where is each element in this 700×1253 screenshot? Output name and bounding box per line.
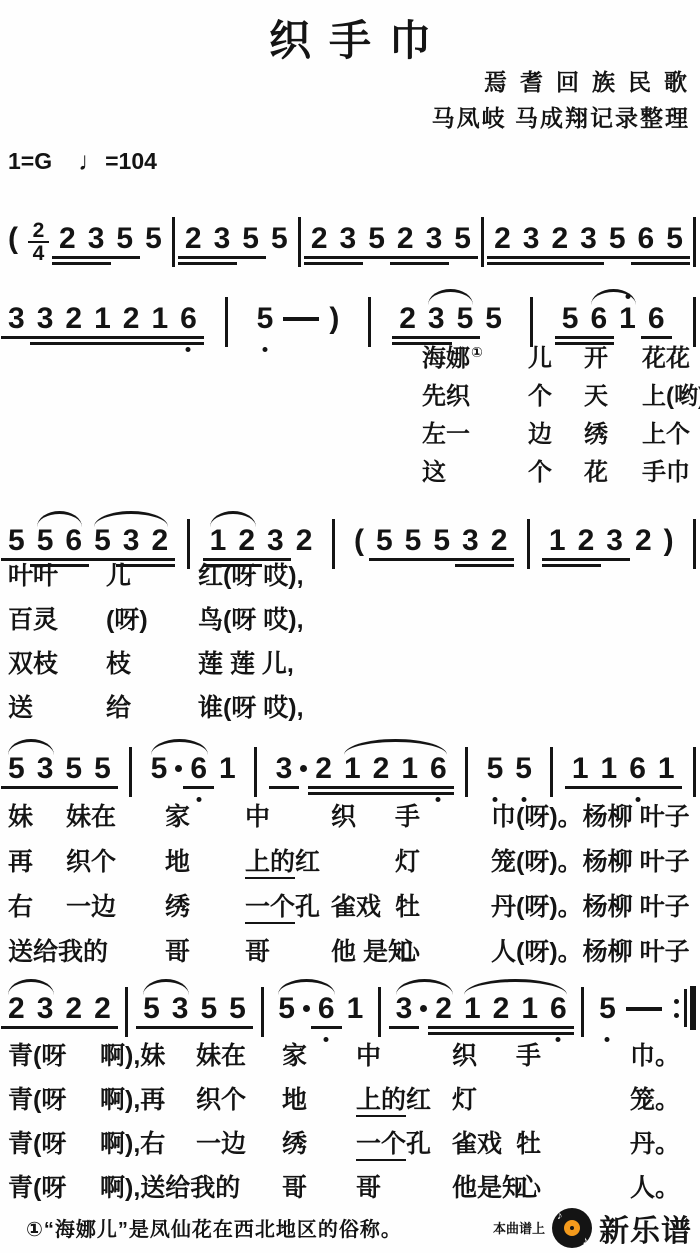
music-note: 3 [338, 224, 359, 254]
slur-arc [396, 979, 453, 995]
lyric-cell: 灯 [452, 1080, 516, 1116]
lyric-run: (呀) [106, 606, 148, 634]
barline [298, 217, 301, 267]
lyric-run: 灯 [395, 848, 420, 876]
brand-name: 新乐谱 [599, 1206, 692, 1250]
lyric-cell: 巾。 [584, 1036, 694, 1072]
lyric-cell: 织个 [66, 842, 165, 878]
key-tempo: 1=G ♩=104 [8, 146, 157, 177]
barline [378, 987, 381, 1037]
lyric-cell: 百灵 [8, 600, 106, 636]
music-note: 1 [217, 754, 238, 784]
lyric-run: 雀戏 [331, 893, 381, 921]
music-note: 2 [63, 994, 84, 1024]
augmentation-dot [303, 1005, 310, 1012]
lyric-cell: 一个孔 [245, 887, 331, 923]
music-note: 5 [143, 224, 164, 254]
lyric-run: 手巾 [642, 459, 690, 486]
lyric-cell: 左一 [422, 414, 528, 449]
measure: 3321216 [6, 288, 199, 334]
lyric-cell: 家 [282, 1036, 356, 1072]
music-note: 2 [549, 224, 570, 254]
music-note: 3 [86, 224, 107, 254]
music-note: 1 [599, 754, 620, 784]
lyric-run: 织个 [196, 1086, 246, 1114]
music-note: 5 [149, 754, 170, 784]
music-line-3: 5565321232(555321232) [6, 484, 696, 556]
lyric-run: 心 [516, 1174, 541, 1202]
lyric-run: 地 [165, 848, 190, 876]
lyric-run: 笼(呀)。杨柳 叶子 [491, 848, 690, 876]
lyric-run: 丹(呀)。杨柳 叶子 [491, 893, 690, 921]
lyric-cell: 青(呀 [8, 1124, 100, 1160]
lyric-run: 花花 [642, 345, 690, 372]
lyric-run: 巾(呀)。杨柳 叶子 [491, 803, 690, 831]
measure: 2322 [6, 978, 113, 1024]
lyric-run: 儿 [528, 345, 552, 372]
lyric-run: 青(呀 [8, 1042, 66, 1070]
music-note: 1 [399, 754, 420, 784]
slur-arc [143, 979, 189, 995]
music-note: 1 [149, 304, 170, 334]
music-note: 2 [63, 304, 84, 334]
lyric-cell: 海娜① [422, 338, 528, 373]
lyric-run: 再 [8, 848, 33, 876]
measure: 2355 [397, 288, 504, 334]
music-note: 5 [141, 994, 162, 1024]
music-note: 2 [395, 224, 416, 254]
barline [368, 297, 371, 347]
music-note: 2 [309, 224, 330, 254]
slur-arc [94, 511, 168, 527]
lyric-run: 枝 [106, 650, 131, 678]
music-note: 2 [371, 754, 392, 784]
music-note: 1 [656, 754, 677, 784]
music-note: 2 [313, 754, 334, 784]
music-note: 3 [274, 754, 295, 784]
lyric-cell: 妹在 [196, 1036, 282, 1072]
lyric-cell: 哥 [356, 1168, 452, 1204]
lyric-run: 人。 [630, 1174, 680, 1202]
lyric-cell: 开 [584, 338, 642, 373]
lyric-run: 红 [406, 1086, 431, 1114]
lyric-run: ① [471, 344, 483, 360]
lyric-run: 哥 [282, 1174, 307, 1202]
barline [550, 747, 553, 797]
lyric-row: 这个花手巾 [422, 450, 694, 488]
lyric-run: 青(呀 [8, 1174, 66, 1202]
music-note: 6 [646, 304, 667, 334]
measure: 235235 [309, 208, 473, 254]
lyric-run: 红(呀 哎), [198, 562, 304, 590]
lyric-run: 儿 [106, 562, 131, 590]
barline [693, 747, 696, 797]
lyric-cell: 手 [516, 1036, 584, 1072]
music-note: 5 [63, 754, 84, 784]
lyrics-block-2: 叶叶儿红(呀 哎),百灵(呀)鸟(呀 哎),双枝枝莲 莲 儿,送给谁(呀 哎), [8, 552, 694, 728]
lyric-run: 开 [584, 345, 608, 372]
music-note: 3 [6, 304, 27, 334]
repeat-dot [674, 1013, 679, 1018]
music-note: 1 [345, 994, 366, 1024]
lyric-run: 上的 [356, 1086, 406, 1117]
lyric-cell: 个 [528, 376, 584, 411]
lyric-cell: 哥 [282, 1168, 356, 1204]
repeat-thin-line [684, 989, 687, 1027]
lyric-cell: 人。 [584, 1168, 694, 1204]
lyric-cell: 一个孔 [356, 1124, 452, 1160]
lyric-cell: 鸟(呀 哎), [198, 600, 694, 636]
music-note: 2 [492, 224, 513, 254]
lyric-cell: 灯 [395, 842, 491, 878]
lyric-row: 先织个天上(哟) [422, 374, 694, 412]
slur-arc [8, 739, 54, 755]
lyric-cell: 叶叶 [8, 556, 106, 592]
lyric-cell: 儿 [106, 556, 198, 592]
measure: 561 [276, 978, 365, 1024]
lyric-run: 右 [8, 893, 33, 921]
barline [481, 217, 484, 267]
lyric-run: 先织 [422, 383, 470, 410]
lyric-run: 一边 [196, 1130, 246, 1158]
lyric-run: 绣 [282, 1130, 307, 1158]
repeat-dot [674, 999, 679, 1004]
slur-arc [344, 739, 447, 755]
measure: (242355 [6, 205, 164, 255]
lyric-cell: 天 [584, 376, 642, 411]
slur-arc [464, 979, 567, 995]
music-line-1: (24235523552352352323565 [6, 182, 696, 254]
lyric-run: 手 [516, 1042, 541, 1070]
repeat-end-barline [674, 986, 696, 1030]
measure: 5355 [6, 738, 113, 784]
transcribers-label: 马凤岐 马成翔记录整理 [432, 100, 690, 136]
lyric-run: 上的 [245, 848, 295, 879]
lyric-cell: 啊),右 [100, 1124, 196, 1160]
time-signature: 24 [28, 221, 49, 264]
music-note: 5 [485, 754, 506, 784]
lyric-cell: 他是知 [452, 1168, 516, 1204]
lyric-run: 中 [356, 1042, 381, 1070]
lyric-run: 家 [282, 1042, 307, 1070]
music-note: 1 [617, 304, 638, 334]
lyric-cell: 边 [528, 414, 584, 449]
lyric-cell: 织 [331, 797, 395, 833]
music-note: 5 [513, 754, 534, 784]
lyric-run: 红 [295, 848, 320, 876]
music-note: 5 [452, 224, 473, 254]
duration-dash [626, 1007, 662, 1011]
slur-arc [591, 289, 636, 305]
lyric-row: 青(呀啊),再织个地上的红灯笼。 [8, 1076, 694, 1120]
credit-prefix: 本曲谱上 [493, 1218, 545, 1237]
music-note: 6 [178, 304, 199, 334]
lyric-cell: 啊),妹 [100, 1036, 196, 1072]
lyric-run: 妹 [8, 803, 33, 831]
lyric-row: 海娜①儿开花花 [422, 336, 694, 374]
music-note: 5 [560, 304, 581, 334]
lyric-run: 一个 [245, 893, 295, 924]
music-note: 6 [636, 224, 657, 254]
lyric-cell: 上的红 [356, 1080, 452, 1116]
barline [254, 747, 257, 797]
music-note: 1 [570, 754, 591, 784]
music-note-icon: ♪ [583, 1235, 589, 1247]
lyric-run: 莲 莲 儿, [198, 650, 294, 678]
lyric-cell: 先织 [422, 376, 528, 411]
lyric-cell: 绣 [282, 1124, 356, 1160]
measure: 321216 [394, 978, 569, 1024]
lyric-run: 牡 [516, 1130, 541, 1158]
barline [172, 217, 175, 267]
music-note: 5 [6, 754, 27, 784]
lyric-cell: 手 [395, 797, 491, 833]
music-note: 2 [121, 304, 142, 334]
music-note: 5 [366, 224, 387, 254]
lyric-row: 双枝枝莲 莲 儿, [8, 640, 694, 684]
music-note: 3 [578, 224, 599, 254]
music-note: 3 [35, 994, 56, 1024]
lyric-row: 青(呀啊),妹妹在家中织手巾。 [8, 1032, 694, 1076]
lyric-row: 妹妹在家中织手巾(呀)。杨柳 叶子 [8, 792, 694, 837]
lyric-cell: 牡 [395, 887, 491, 923]
lyric-cell: 丹(呀)。杨柳 叶子 [491, 887, 694, 923]
music-note: 6 [588, 304, 609, 334]
lyric-cell: 红(呀 哎), [198, 556, 694, 592]
low-octave-dot [186, 347, 191, 352]
lyric-cell: 再 [8, 842, 66, 878]
music-note: 2 [92, 994, 113, 1024]
parenthesis: ) [327, 304, 341, 334]
lyric-row: 再织个地上的红灯笼(呀)。杨柳 叶子 [8, 837, 694, 882]
lyric-cell: 青(呀 [8, 1168, 100, 1204]
lyric-cell: 地 [282, 1080, 356, 1116]
barline [125, 987, 128, 1037]
barline [261, 987, 264, 1037]
repeat-thick-line [690, 986, 696, 1030]
music-note: 2 [57, 224, 78, 254]
lyric-run: 笼。 [630, 1086, 680, 1114]
lyric-run: 织 [331, 803, 356, 831]
lyric-cell: 织个 [196, 1080, 282, 1116]
slur-arc [278, 979, 335, 995]
lyric-run: 双枝 [8, 650, 58, 678]
time-signature-denominator: 4 [33, 244, 45, 263]
record-label-core [564, 1220, 580, 1236]
lyric-row: 左一边绣上个 [422, 412, 694, 450]
attribution: 焉耆回族民歌 马凤岐 马成翔记录整理 [432, 64, 690, 136]
lyrics-block-4: 青(呀啊),妹妹在家中织手巾。青(呀啊),再织个地上的红灯笼。青(呀啊),右一边… [8, 1032, 694, 1208]
measure: 321216 [274, 738, 449, 784]
music-note: 6 [188, 754, 209, 784]
origin-label: 焉耆回族民歌 [432, 64, 700, 100]
measure: (55532 [352, 510, 509, 556]
lyrics-block-3: 妹妹在家中织手巾(呀)。杨柳 叶子再织个地上的红灯笼(呀)。杨柳 叶子右一边绣一… [8, 792, 694, 972]
measure: 5355 [141, 978, 248, 1024]
lyric-cell: 织 [452, 1036, 516, 1072]
barline [693, 217, 696, 267]
music-note: 3 [35, 754, 56, 784]
lyric-run: 丹。 [630, 1130, 680, 1158]
lyric-cell: 手巾 [642, 452, 694, 487]
parenthesis: ( [6, 224, 20, 254]
lyric-row: 青(呀啊),右一边绣一个孔雀戏牡丹。 [8, 1120, 694, 1164]
lyric-cell: 啊),送给我的 [100, 1168, 196, 1204]
music-note: 3 [35, 304, 56, 334]
lyric-run: 青(呀 [8, 1086, 66, 1114]
quarter-note-icon: ♩ [78, 146, 104, 177]
music-note: 5 [92, 754, 113, 784]
lyric-run: 孔 [406, 1130, 431, 1158]
lyric-cell: 一边 [196, 1124, 282, 1160]
lyric-cell: 个 [528, 452, 584, 487]
duration-dash [283, 317, 319, 321]
lyric-run: 家 [165, 803, 190, 831]
slur-arc [37, 511, 82, 527]
music-note: 6 [548, 994, 569, 1024]
lyric-row: 叶叶儿红(呀 哎), [8, 552, 694, 596]
barline [581, 987, 584, 1037]
lyric-run: 左一 [422, 421, 470, 448]
lyric-run: 孔 [295, 893, 320, 921]
slur-arc [8, 979, 54, 995]
lyric-cell: 中 [245, 797, 331, 833]
lyric-run: 牡 [395, 893, 420, 921]
music-note: 2 [183, 224, 204, 254]
measure: 5616 [560, 288, 667, 334]
lyric-run: 地 [282, 1086, 307, 1114]
lyric-run: 上(哟) [642, 383, 700, 410]
lyric-run: 啊),再 [100, 1086, 165, 1114]
measure: 2355 [183, 208, 290, 254]
sheet-music-page: 织手巾 焉耆回族民歌 马凤岐 马成翔记录整理 1=G ♩=104 (242355… [0, 0, 700, 1253]
music-note: 5 [597, 994, 618, 1024]
lyric-cell: 花 [584, 452, 642, 487]
lyric-cell: 上(哟) [642, 376, 700, 411]
lyric-cell: 莲 莲 儿, [198, 644, 694, 680]
music-note: 1 [342, 754, 363, 784]
music-note: 6 [316, 994, 337, 1024]
lyric-run: 个 [528, 459, 552, 486]
lyric-run: 灯 [452, 1086, 477, 1114]
music-note-icon: ♪ [557, 1210, 563, 1222]
music-note: 5 [198, 994, 219, 1024]
lyric-run: 叶叶 [8, 562, 58, 590]
lyric-cell: 啊),再 [100, 1080, 196, 1116]
song-title: 织手巾 [0, 8, 700, 68]
lyric-cell: 一边 [66, 887, 165, 923]
lyric-cell: 绣 [165, 887, 245, 923]
lyric-run: 边 [528, 421, 552, 448]
music-note: 3 [394, 994, 415, 1024]
lyric-cell: (呀) [106, 600, 198, 636]
music-note: 1 [462, 994, 483, 1024]
music-note: 5 [269, 224, 290, 254]
music-note: 3 [424, 224, 445, 254]
lyric-run: 妹在 [196, 1042, 246, 1070]
lyric-run: 哥 [356, 1174, 381, 1202]
lyric-cell: 雀戏 [452, 1124, 516, 1160]
lyric-run: 啊),妹 [100, 1042, 165, 1070]
lyric-run: 织 [452, 1042, 477, 1070]
music-line-4: 5355561321216551161 [6, 712, 696, 784]
lyric-run: 啊),送给我的 [100, 1174, 240, 1202]
music-note: 1 [92, 304, 113, 334]
barline [225, 297, 228, 347]
lyric-cell: 牡 [516, 1124, 584, 1160]
site-credit: 本曲谱上 ♪ ♪ 新乐谱 [493, 1206, 692, 1250]
lyric-run: 中 [245, 803, 270, 831]
music-note: 6 [428, 754, 449, 784]
augmentation-dot [175, 765, 182, 772]
music-note: 5 [240, 224, 261, 254]
lyric-cell: 上的红 [245, 842, 331, 878]
barline [129, 747, 132, 797]
measure: 2323565 [492, 208, 685, 254]
lyric-cell: 丹。 [584, 1124, 694, 1160]
lyric-run: 这 [422, 459, 446, 486]
music-note: 2 [397, 304, 418, 334]
music-line-5: 232253555613212165 [6, 952, 696, 1024]
lyric-run: 绣 [165, 893, 190, 921]
lyric-cell: 青(呀 [8, 1080, 100, 1116]
slur-arc [210, 511, 256, 527]
lyric-cell: 花花 [642, 338, 694, 373]
lyric-cell: 心 [516, 1168, 584, 1204]
tempo-marking: ♩=104 [78, 146, 157, 177]
lyric-cell: 家 [165, 797, 245, 833]
lyric-run: 个 [528, 383, 552, 410]
lyric-cell: 上个 [642, 414, 694, 449]
music-note: 6 [627, 754, 648, 784]
lyric-run: 啊),右 [100, 1130, 165, 1158]
music-note: 3 [170, 994, 191, 1024]
lyric-cell: 雀戏 [331, 887, 395, 923]
lyric-run: 织个 [66, 848, 116, 876]
lyric-cell: 这 [422, 452, 528, 487]
lyric-run: 天 [584, 383, 608, 410]
music-note: 2 [491, 994, 512, 1024]
music-note: 3 [212, 224, 233, 254]
vinyl-record-icon: ♪ ♪ [552, 1208, 592, 1248]
music-note: 5 [607, 224, 628, 254]
music-note: 5 [227, 994, 248, 1024]
slur-arc [428, 289, 473, 305]
music-note: 2 [433, 994, 454, 1024]
augmentation-dot [420, 1005, 427, 1012]
music-note: 5 [483, 304, 504, 334]
augmentation-dot [300, 765, 307, 772]
lyric-run: 百灵 [8, 606, 58, 634]
lyric-row: 百灵(呀)鸟(呀 哎), [8, 596, 694, 640]
music-note: 3 [426, 304, 447, 334]
lyric-cell: 右 [8, 887, 66, 923]
music-note: 3 [521, 224, 542, 254]
lyric-run: 鸟(呀 哎), [198, 606, 304, 634]
lyric-run: 青(呀 [8, 1130, 66, 1158]
music-note: 5 [114, 224, 135, 254]
measure: 556532 [6, 510, 170, 556]
music-note: 5 [276, 994, 297, 1024]
slur-arc [151, 739, 208, 755]
lyric-run: 绣 [584, 421, 608, 448]
music-note: 5 [455, 304, 476, 334]
lyric-cell: 儿 [528, 338, 584, 373]
lyric-cell: 青(呀 [8, 1036, 100, 1072]
lyric-cell: 妹在 [66, 797, 165, 833]
tempo-value: =104 [105, 148, 157, 175]
lyric-run: 花 [584, 459, 608, 486]
